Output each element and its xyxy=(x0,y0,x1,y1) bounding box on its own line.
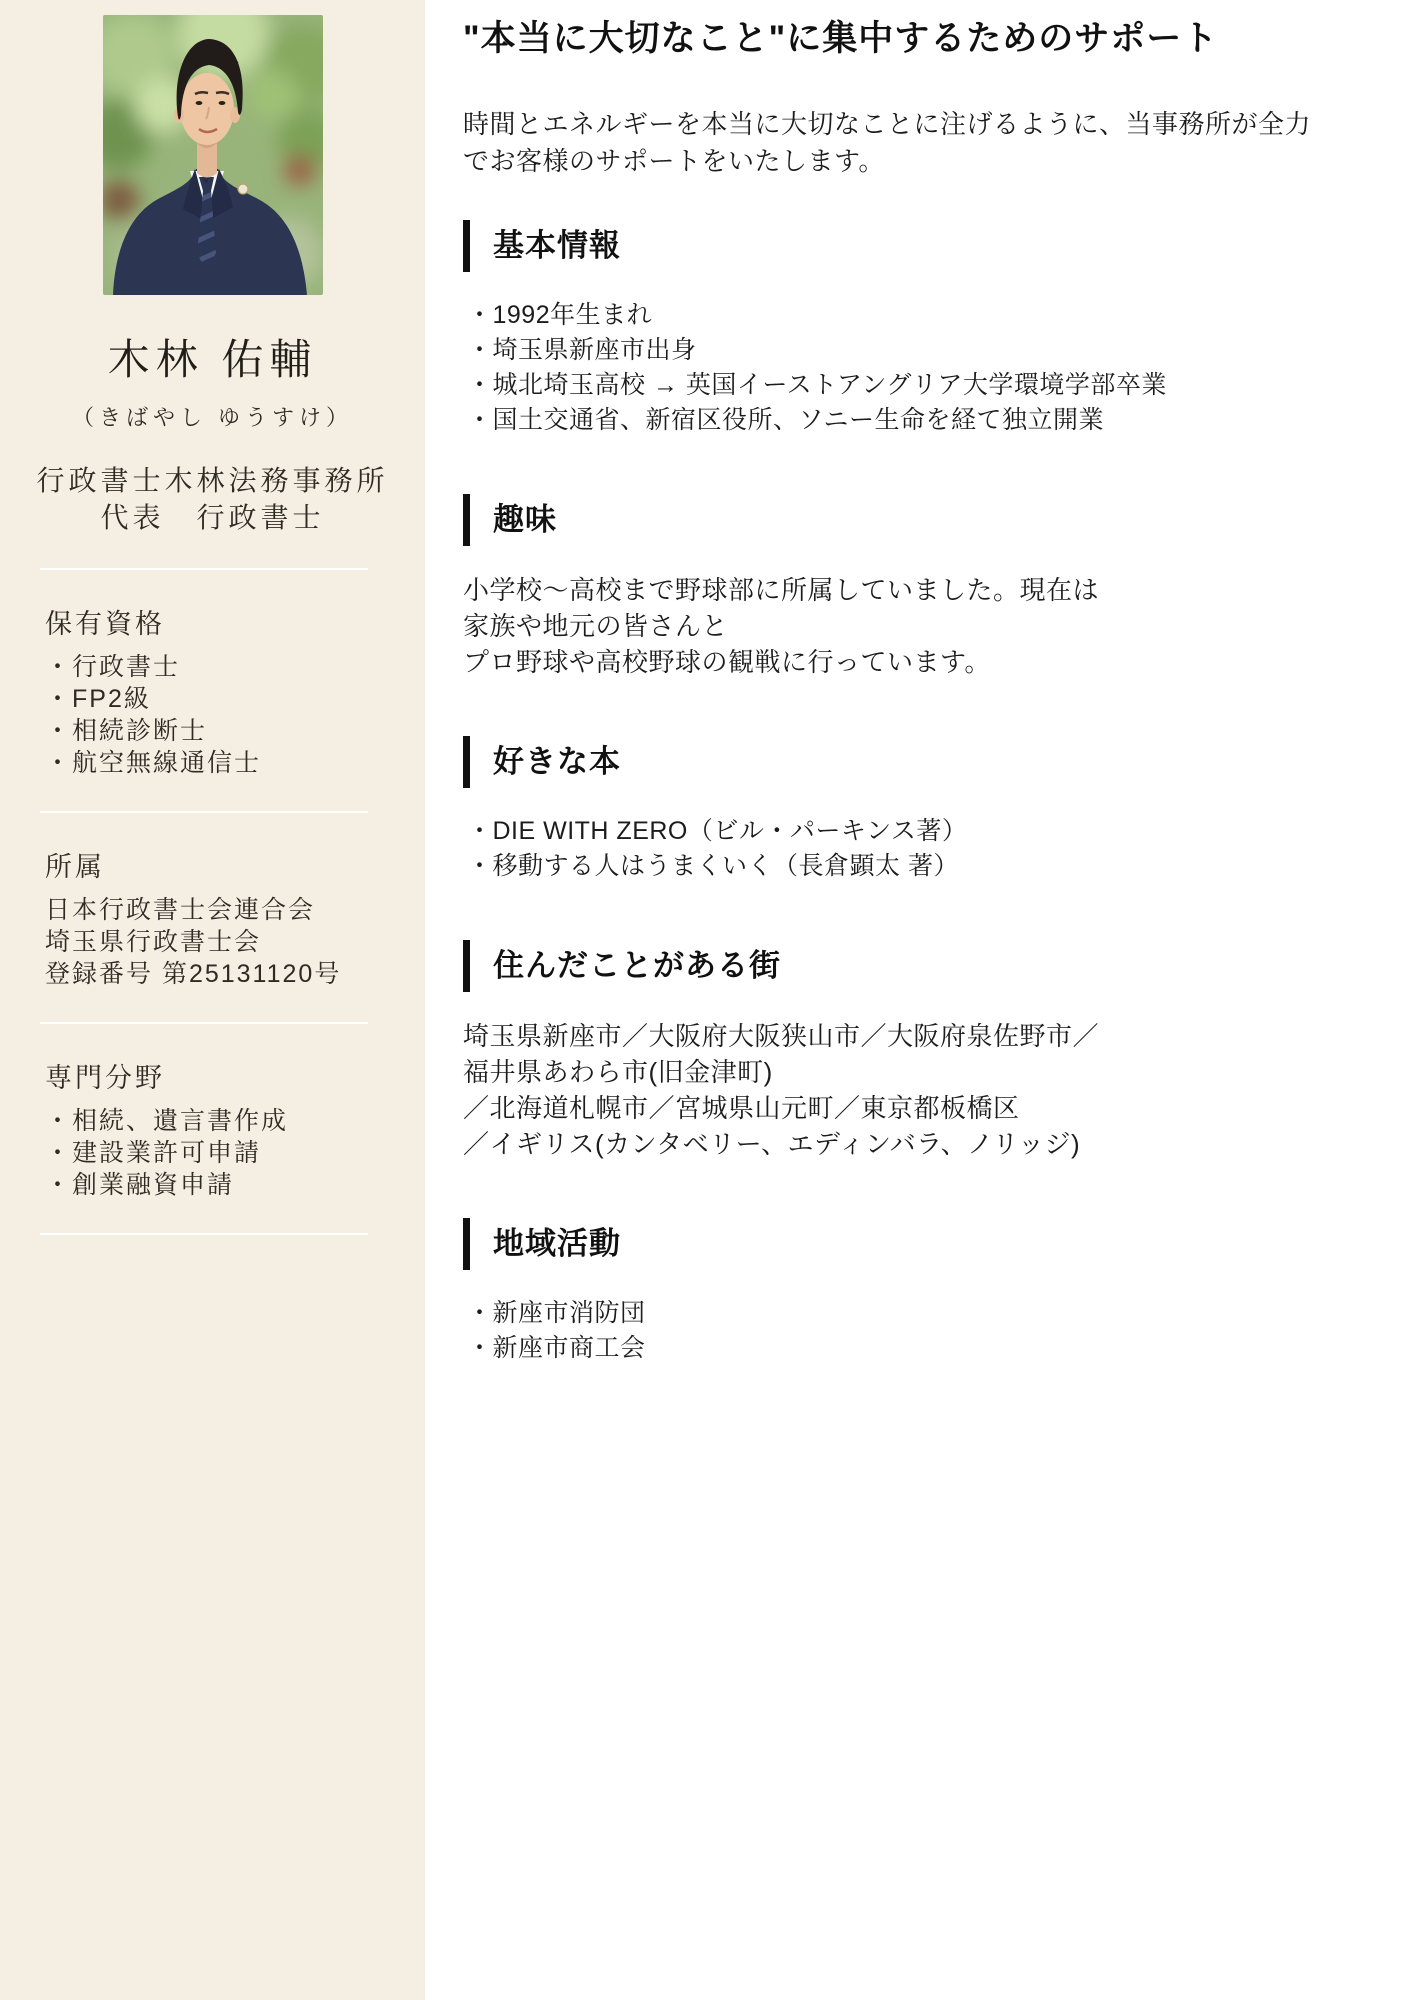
sidebar-section-title: 保有資格 xyxy=(45,602,395,641)
sidebar-section-affiliations: 所属 日本行政書士会連合会埼玉県行政書士会登録番号 第25131120号 xyxy=(0,845,425,990)
sidebar: 木林 佑輔 （きばやし ゆうすけ） 行政書士木林法務事務所 代表 行政書士 保有… xyxy=(0,0,425,2000)
profile-photo xyxy=(103,15,323,295)
divider xyxy=(40,568,368,570)
section-hobby: 趣味 小学校〜高校まで野球部に所属していました。現在は家族や地元の皆さんと プロ… xyxy=(463,494,1374,680)
section-title: 地域活動 xyxy=(463,1218,1374,1270)
sidebar-section-qualifications: 保有資格 ・行政書士・FP2級・相続診断士・航空無線通信士 xyxy=(0,602,425,779)
list-item: ・相続診断士 xyxy=(45,715,395,747)
section-title: 基本情報 xyxy=(463,220,1374,272)
favorite-books-list: ・DIE WITH ZERO（ビル・パーキンス著）・移動する人はうまくいく（長倉… xyxy=(463,814,1374,884)
lapel-pin-icon xyxy=(238,184,248,194)
basic-info-list: ・1992年生まれ・埼玉県新座市出身・城北埼玉高校 → 英国イーストアングリア大… xyxy=(463,298,1374,438)
hobby-text: 小学校〜高校まで野球部に所属していました。現在は家族や地元の皆さんと プロ野球や… xyxy=(463,572,1103,680)
divider xyxy=(40,1022,368,1024)
list-item: ・創業融資申請 xyxy=(45,1169,395,1201)
qualifications-list: ・行政書士・FP2級・相続診断士・航空無線通信士 xyxy=(45,651,395,779)
community-activities-list: ・新座市消防団・新座市商工会 xyxy=(463,1296,1374,1366)
sidebar-section-specialties: 専門分野 ・相続、遺言書作成・建設業許可申請・創業融資申請 xyxy=(0,1056,425,1201)
list-item: ・行政書士 xyxy=(45,651,395,683)
affiliations-list: 日本行政書士会連合会埼玉県行政書士会登録番号 第25131120号 xyxy=(45,894,395,990)
list-item: ・DIE WITH ZERO（ビル・パーキンス著） xyxy=(467,814,1374,849)
list-item: ・埼玉県新座市出身 xyxy=(467,333,1374,368)
intro-paragraph: 時間とエネルギーを本当に大切なことに注げるように、当事務所が全力 でお客様のサポ… xyxy=(463,106,1374,180)
cities-lived-text: 埼玉県新座市／大阪府大阪狭山市／大阪府泉佐野市／福井県あわら市(旧金津町) ／北… xyxy=(463,1018,1103,1162)
section-basic-info: 基本情報 ・1992年生まれ・埼玉県新座市出身・城北埼玉高校 → 英国イーストア… xyxy=(463,220,1374,438)
section-title: 住んだことがある街 xyxy=(463,940,1374,992)
section-title: 趣味 xyxy=(463,494,1374,546)
list-item: ・新座市消防団 xyxy=(467,1296,1374,1331)
list-item: ・国土交通省、新宿区役所、ソニー生命を経て独立開業 xyxy=(467,403,1374,438)
section-favorite-books: 好きな本 ・DIE WITH ZERO（ビル・パーキンス著）・移動する人はうまく… xyxy=(463,736,1374,884)
person-name-furigana: （きばやし ゆうすけ） xyxy=(0,401,425,432)
list-item: ・相続、遺言書作成 xyxy=(45,1105,395,1137)
profile-page: 木林 佑輔 （きばやし ゆうすけ） 行政書士木林法務事務所 代表 行政書士 保有… xyxy=(0,0,1414,2000)
list-item: ・1992年生まれ xyxy=(467,298,1374,333)
list-item: ・航空無線通信士 xyxy=(45,747,395,779)
list-item: ・FP2級 xyxy=(45,683,395,715)
section-community-activities: 地域活動 ・新座市消防団・新座市商工会 xyxy=(463,1218,1374,1366)
main-content: "本当に大切なこと"に集中するためのサポート 時間とエネルギーを本当に大切なこと… xyxy=(425,0,1414,2000)
list-item: ・移動する人はうまくいく（長倉顕太 著） xyxy=(467,849,1374,884)
list-item: ・新座市商工会 xyxy=(467,1331,1374,1366)
page-title: "本当に大切なこと"に集中するためのサポート xyxy=(463,16,1374,62)
person-name: 木林 佑輔 xyxy=(0,327,425,387)
list-item: 日本行政書士会連合会 xyxy=(45,894,395,926)
section-title: 好きな本 xyxy=(463,736,1374,788)
list-item: 登録番号 第25131120号 xyxy=(45,958,395,990)
list-item: 埼玉県行政書士会 xyxy=(45,926,395,958)
specialties-list: ・相続、遺言書作成・建設業許可申請・創業融資申請 xyxy=(45,1105,395,1201)
section-cities-lived: 住んだことがある街 埼玉県新座市／大阪府大阪狭山市／大阪府泉佐野市／福井県あわら… xyxy=(463,940,1374,1162)
divider xyxy=(40,1233,368,1235)
sidebar-section-title: 専門分野 xyxy=(45,1056,395,1095)
divider xyxy=(40,811,368,813)
office-title: 行政書士木林法務事務所 代表 行政書士 xyxy=(0,462,425,536)
sidebar-section-title: 所属 xyxy=(45,845,395,884)
list-item: ・建設業許可申請 xyxy=(45,1137,395,1169)
list-item: ・城北埼玉高校 → 英国イーストアングリア大学環境学部卒業 xyxy=(467,368,1374,403)
portrait-illustration xyxy=(103,15,323,295)
